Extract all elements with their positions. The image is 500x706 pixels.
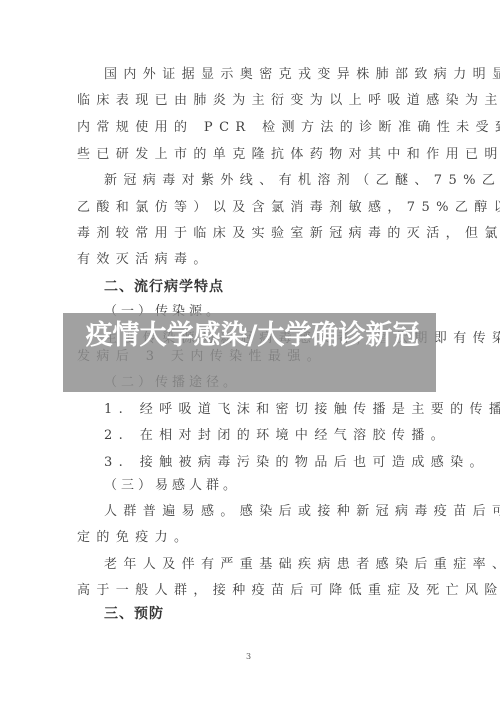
paragraph-line: 人群普遍易感。感染后或接种新冠病毒疫苗后可获得一 bbox=[104, 503, 500, 521]
paragraph-line: 些已研发上市的单克隆抗体药物对其中和作用已明显降低。 bbox=[77, 146, 500, 164]
paragraph-line: 定的免疫力。 bbox=[77, 529, 193, 547]
paragraph-line: 毒剂较常用于临床及实验室新冠病毒的灭活，但氯己定不能 bbox=[77, 225, 500, 243]
paragraph-line: 2. 在相对封闭的环境中经气溶胶传播。 bbox=[104, 427, 450, 445]
paragraph-line: 3. 接触被病毒污染的物品后也可造成感染。 bbox=[104, 454, 489, 472]
paragraph-line: 国内外证据显示奥密克戎变异株肺部致病力明显减弱， bbox=[104, 66, 500, 84]
section-heading: 二、流行病学特点 bbox=[104, 278, 224, 296]
banner-title: 疫情大学感染/大学确诊新冠 bbox=[75, 319, 430, 352]
section-heading: 三、预防 bbox=[104, 605, 164, 623]
paragraph-line: 高于一般人群，接种疫苗后可降低重症及死亡风险。 bbox=[77, 582, 500, 600]
paragraph-line: 有效灭活病毒。 bbox=[77, 251, 213, 269]
title-banner: 疫情大学感染/大学确诊新冠 bbox=[63, 313, 436, 392]
paragraph-line: 临床表现已由肺炎为主衍变为以上呼吸道感染为主。我国境 bbox=[77, 92, 500, 110]
page-number: 3 bbox=[246, 652, 251, 661]
subsection-heading: （三）易感人群。 bbox=[104, 477, 240, 495]
paragraph-line: 老年人及伴有严重基础疾病患者感染后重症率、病死率 bbox=[104, 556, 500, 574]
paragraph-line: 乙酸和氯仿等）以及含氯消毒剂敏感，75%乙醇以及含氯消 bbox=[77, 199, 500, 217]
paragraph-line: 新冠病毒对紫外线、有机溶剂（乙醚、75%乙醇、过氧 bbox=[104, 172, 500, 190]
paragraph-line: 1. 经呼吸道飞沫和密切接触传播是主要的传播途径。 bbox=[104, 401, 500, 419]
paragraph-line: 内常规使用的 PCR 检测方法的诊断准确性未受到影响，但一 bbox=[77, 119, 500, 137]
